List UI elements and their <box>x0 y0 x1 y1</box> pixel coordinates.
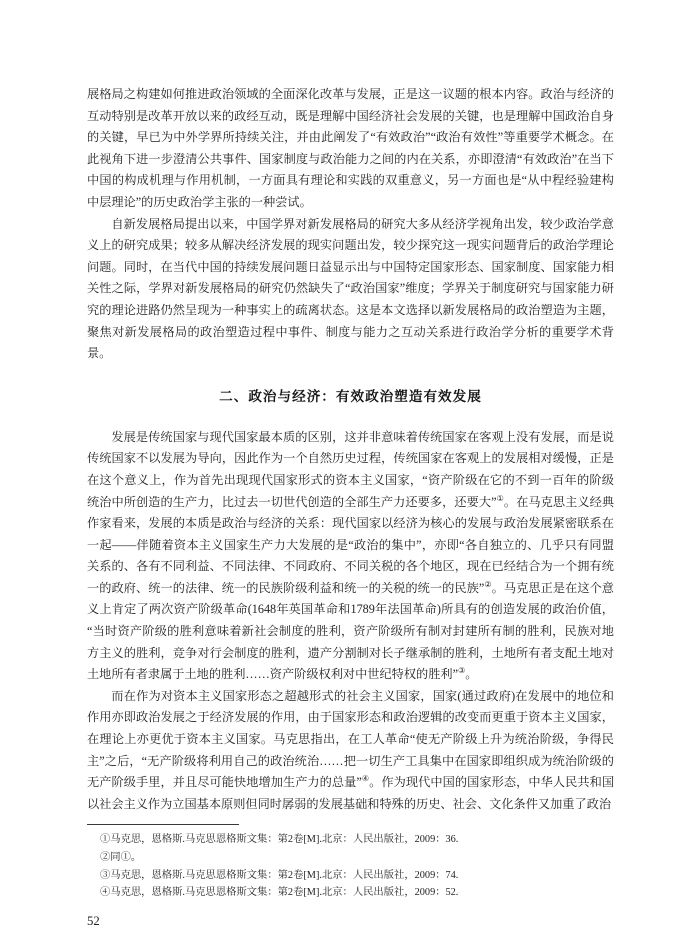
footnote-ref: ① <box>497 493 504 502</box>
page-number: 52 <box>87 914 614 929</box>
footnotes: ①马克思，恩格斯.马克思恩格斯文集：第2卷[M].北京：人民出版社，2009：3… <box>87 831 614 901</box>
footnote-item: ④马克思，恩格斯.马克思恩格斯文集：第2卷[M].北京：人民出版社，2009：5… <box>87 884 614 902</box>
text-run: 。在马克思主义经典作家看来，发展的本质是政治与经济的关系：现代国家以经济为核心的… <box>87 495 614 595</box>
text-run: 展格局之构建如何推进政治领域的全面深化改革与发展，正是这一议题的根本内容。政治与… <box>87 87 614 209</box>
footnote-item: ②同①。 <box>87 849 614 867</box>
text-run: 自新发展格局提出以来，中国学界对新发展格局的研究大多从经济学视角出发，较少政治学… <box>87 217 614 361</box>
text-run: 。 <box>465 667 477 681</box>
paragraph: 发展是传统国家与现代国家最本质的区别，这并非意味着传统国家在客观上没有发展，而是… <box>87 427 614 686</box>
document-page: 展格局之构建如何推进政治领域的全面深化改革与发展，正是这一议题的根本内容。政治与… <box>0 0 700 943</box>
text-block: 展格局之构建如何推进政治领域的全面深化改革与发展，正是这一议题的根本内容。政治与… <box>87 84 614 929</box>
paragraph-continuation: 展格局之构建如何推进政治领域的全面深化改革与发展，正是这一议题的根本内容。政治与… <box>87 84 614 214</box>
footnote-item: ①马克思，恩格斯.马克思恩格斯文集：第2卷[M].北京：人民出版社，2009：3… <box>87 831 614 849</box>
section-heading: 二、政治与经济：有效政治塑造有效发展 <box>87 385 614 405</box>
footnote-item: ③马克思，恩格斯.马克思恩格斯文集：第2卷[M].北京：人民出版社，2009：7… <box>87 867 614 885</box>
footnote-separator <box>87 824 239 825</box>
footnote-ref: ② <box>484 580 491 589</box>
text-run: 。马克思正是在这个意义上肯定了两次资产阶级革命(1648年英国革命和1789年法… <box>87 581 614 681</box>
paragraph: 而在作为对资本主义国家形态之超越形式的社会主义国家，国家(通过政府)在发展中的地… <box>87 686 614 816</box>
paragraph: 自新发展格局提出以来，中国学界对新发展格局的研究大多从经济学视角出发，较少政治学… <box>87 214 614 365</box>
